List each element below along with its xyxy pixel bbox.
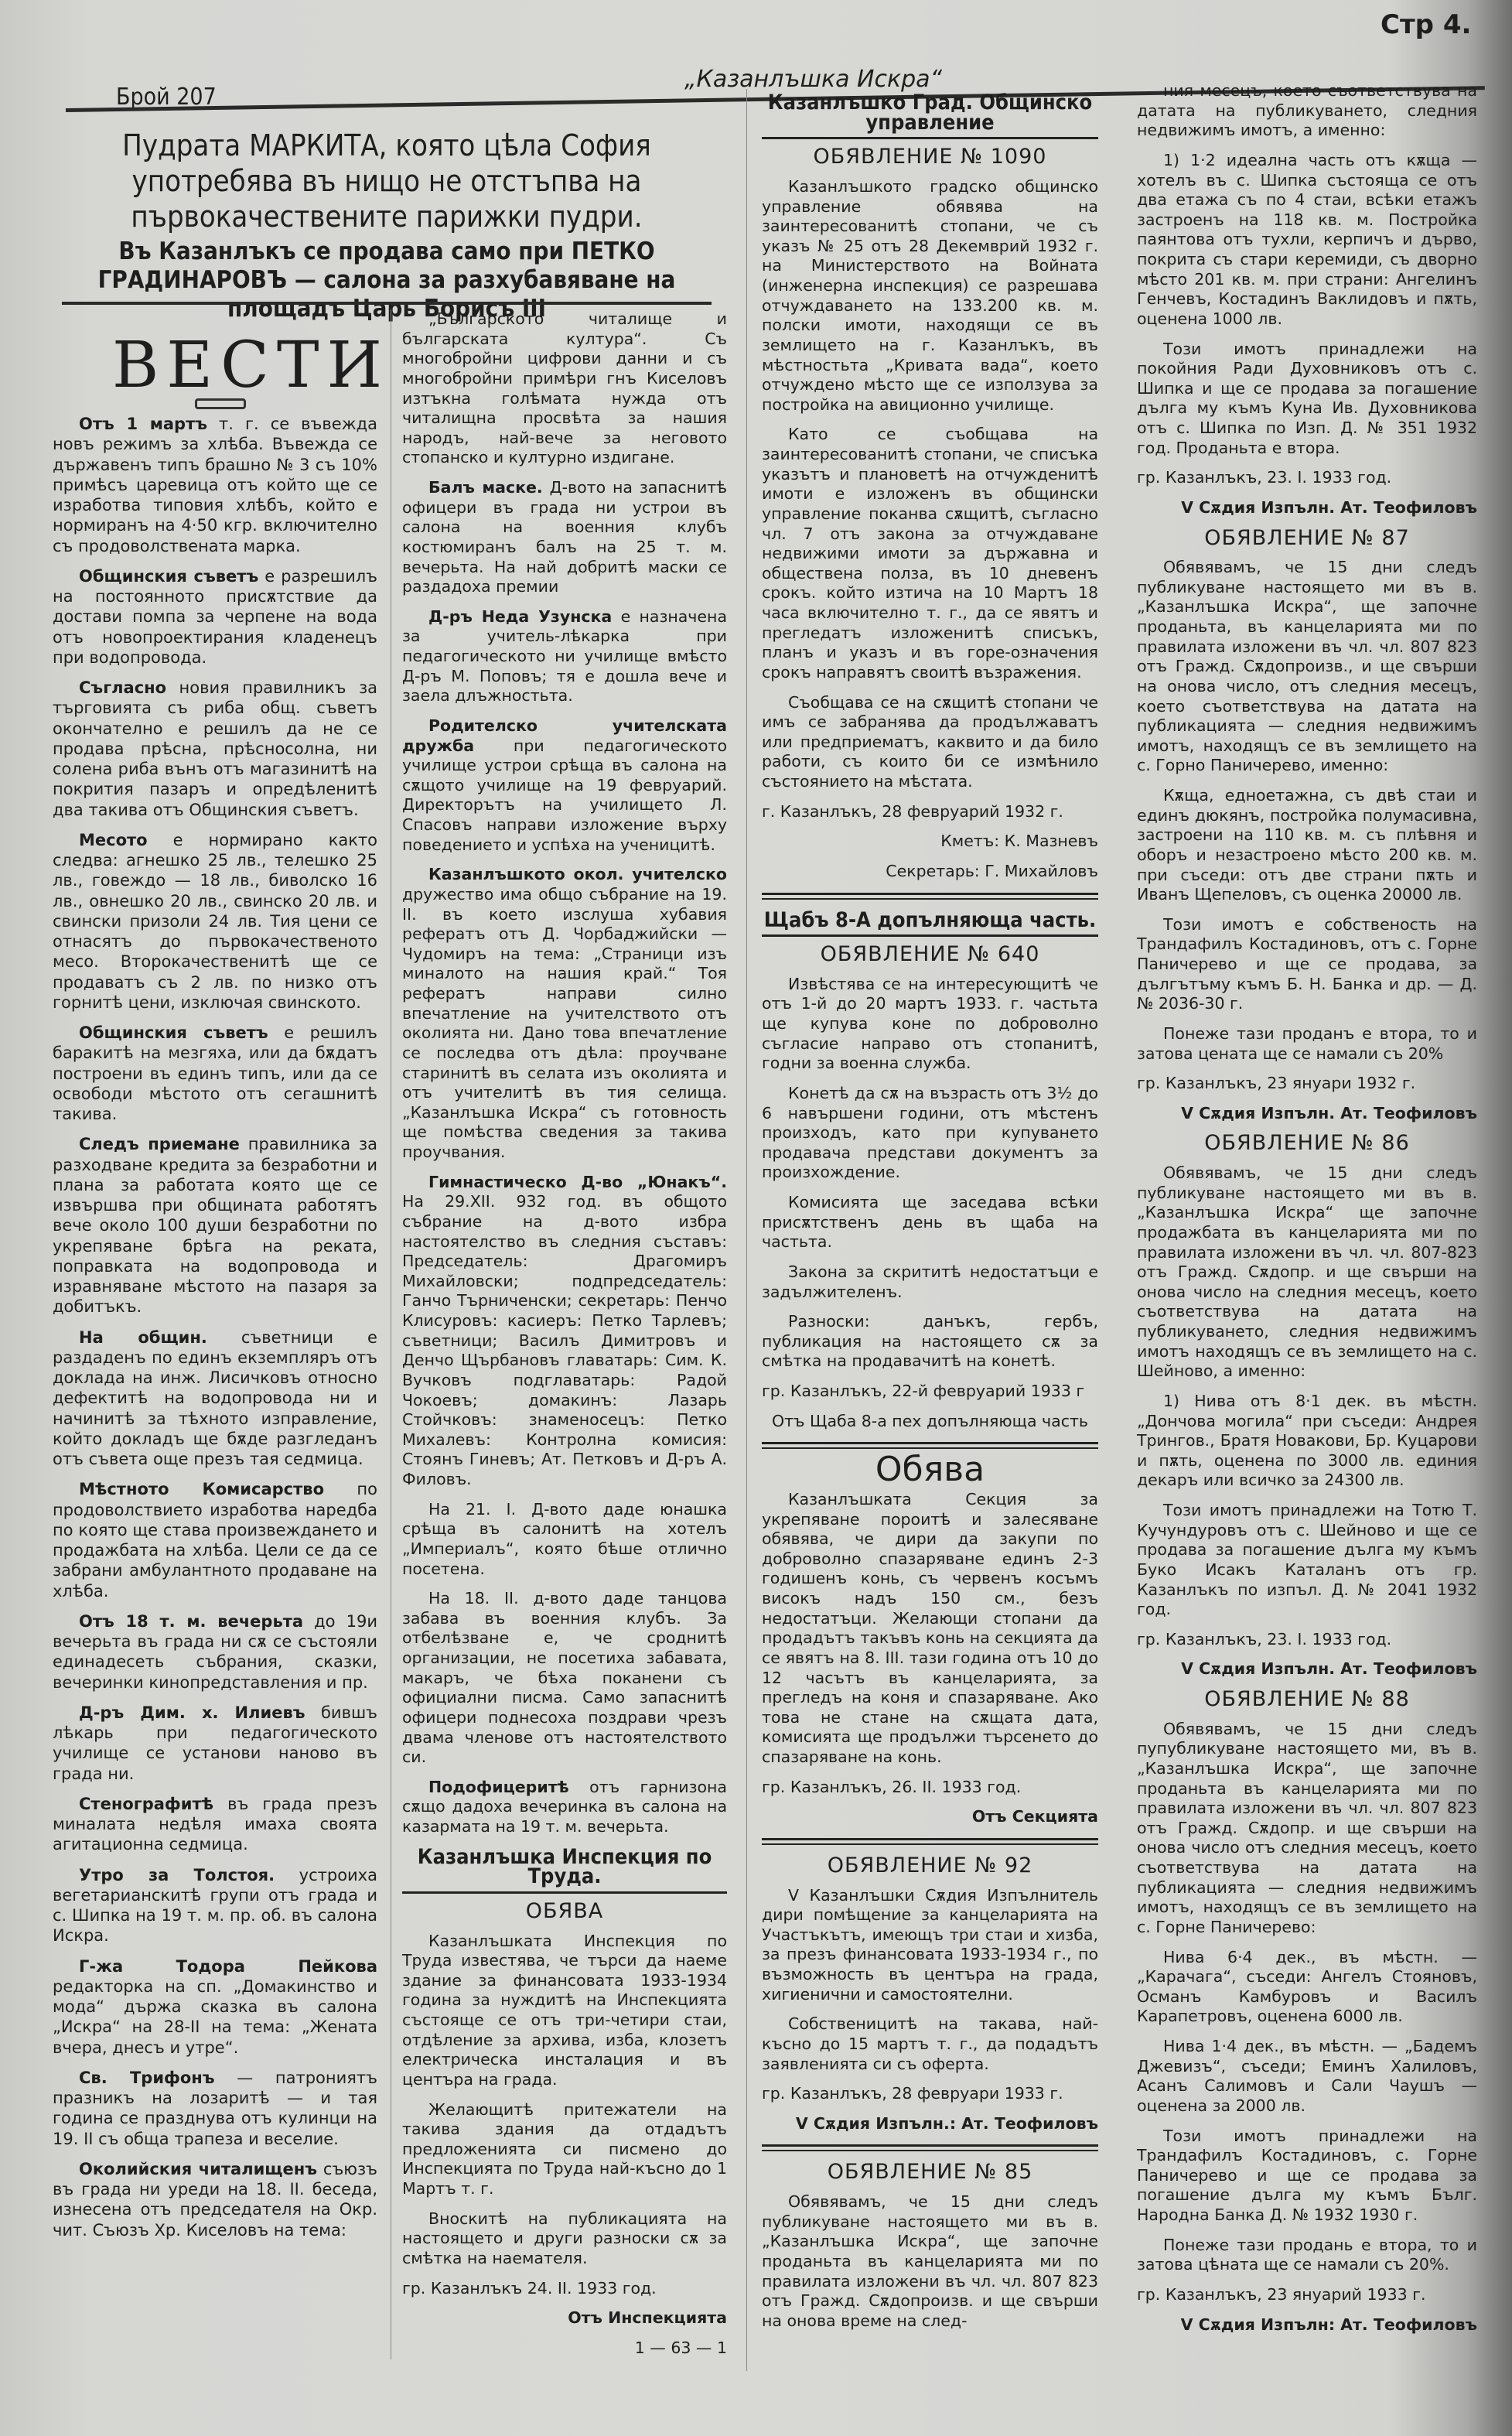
notice-paragraph: 1) 1·2 идеална часть отъ кѫща — хотелъ в… xyxy=(1137,151,1477,330)
heading-ornament xyxy=(195,398,246,409)
page-number: Стр 4. xyxy=(1381,9,1471,40)
newspaper-title: „Казанлъшка Искра“ xyxy=(684,66,942,93)
notice-title: ОБЯВЛЕНИЕ № 87 xyxy=(1137,528,1477,548)
news-item: На 21. I. Д-вото даде юнашка срѣща въ са… xyxy=(402,1500,727,1580)
news-item: На 18. II. д-вото даде танцова забава въ… xyxy=(402,1589,727,1768)
notice-paragraph: Този имотъ е собственость на Трандафилъ … xyxy=(1137,915,1477,1014)
news-item-lead: Околийския читалищенъ xyxy=(79,2160,317,2178)
notices-column-3: Казанлъшко Град. Общинско управлениеОБЯВ… xyxy=(762,93,1098,2341)
news-item: Гимнастическо Д-во „Юнакъ“. На 29.XII. 9… xyxy=(402,1173,727,1490)
news-item: Месото е нормирано както следва: агнешко… xyxy=(53,830,377,1013)
notice-code: 1 — 63 — 1 xyxy=(402,2339,727,2359)
news-item: Д-ръ Неда Узунска е назначена за учитель… xyxy=(402,607,727,706)
notice-paragraph: Казанлъшката Инспекция по Труда известяв… xyxy=(402,1932,727,2090)
notice-signature: Отъ Щаба 8-а пех допълняюща часть xyxy=(762,1412,1098,1432)
news-item-lead: Общинския съветъ xyxy=(79,567,258,586)
notice-title: ОБЯВА xyxy=(402,1901,727,1922)
vesti-column-2: „Българското читалище и българската култ… xyxy=(402,309,727,2368)
notice-signature: V Сѫдия Изпълн: Ат. Теофиловъ xyxy=(1137,2315,1477,2335)
notice-title: ОБЯВЛЕНИЕ № 1090 xyxy=(762,147,1098,167)
notice-signature: Отъ Инспекцията xyxy=(402,2308,727,2328)
news-item: Отъ 18 т. м. вечерьта до 19и вечерьта въ… xyxy=(53,1611,377,1693)
notice-paragraph: Този имотъ принадлежи на Тотю Т. Кучунду… xyxy=(1137,1501,1477,1620)
news-item-text: „Българското читалище и българската култ… xyxy=(402,309,727,466)
news-item: Околийския читалищенъ съюзъ въ града ни … xyxy=(53,2159,377,2240)
news-item-lead: Г-жа Тодора Пейкова xyxy=(79,1957,377,1976)
notice-paragraph: Този имотъ принадлежи на Трандафилъ Кост… xyxy=(1137,2127,1477,2226)
news-item: „Българското читалище и българската култ… xyxy=(402,309,727,468)
notice-title: ОБЯВЛЕНИЕ № 85 xyxy=(762,2162,1098,2182)
news-item-lead: Д-ръ Неда Узунска xyxy=(428,607,612,626)
notice-title: ОБЯВЛЕНИЕ № 86 xyxy=(1137,1133,1477,1153)
advert-markita: Пудрата МАРКИТА, която цѣла София употре… xyxy=(62,128,712,323)
news-item-lead: Месото xyxy=(79,831,148,849)
newspaper-page: Брой 207 „Казанлъшка Искра“ Стр 4. Пудра… xyxy=(0,0,1512,2436)
notice-paragraph: Кѫща, едноетажна, съ двѣ стаи и единъ дю… xyxy=(1137,786,1477,905)
news-item-text: редакторка на сп. „Домакинство и мода“ д… xyxy=(53,1977,377,2057)
notice-place-date: гр. Казанлъкъ, 23 януарий 1933 г. xyxy=(1137,2285,1477,2305)
notice-signature: V Сѫдия Изпълн. Ат. Теофиловъ xyxy=(1137,498,1477,518)
news-item-lead: Стенографитѣ xyxy=(79,1795,213,1813)
double-rule xyxy=(762,1442,1098,1449)
notice-place-date: гр. Казанлъкъ, 23. I. 1933 год. xyxy=(1137,468,1477,488)
news-item-text: На 29.XII. 932 год. въ общото събрание н… xyxy=(402,1192,727,1488)
news-item: На общин. съветници е раздаденъ по единъ… xyxy=(53,1327,377,1470)
news-item: Следъ приемане правилника за разходване … xyxy=(53,1134,377,1317)
notice-place-date: гр. Казанлъкъ, 28 февруари 1933 г. xyxy=(762,2084,1098,2104)
vesti-heading: ВЕСТИ xyxy=(112,329,390,402)
notice-paragraph: Нива 1·4 дек., въ мѣстн. — „Бадемъ Джеви… xyxy=(1137,2037,1477,2117)
notice-paragraph: Конетѣ да сѫ на възрасть отъ 3½ до 6 нав… xyxy=(762,1084,1098,1183)
news-item-text: дружество има общо събрание на 19. II. в… xyxy=(402,885,727,1161)
news-item-lead: Д-ръ Дим. х. Илиевъ xyxy=(79,1703,305,1722)
vesti-column-1: Отъ 1 мартъ т. г. се въвежда новъ режимъ… xyxy=(53,414,377,2250)
news-item-lead: Казанлъшкото окол. учителско xyxy=(428,865,727,883)
notice-paragraph: ния месецъ, което съответствува на датат… xyxy=(1137,81,1477,141)
notice-paragraph: V Казанлъшки Сѫдия Изпълнитель дири помѣ… xyxy=(762,1886,1098,2005)
news-item-text: е нормирано както следва: агнешко 25 лв.… xyxy=(53,831,377,1012)
notice-place-date: гр. Казанлъкъ 24. II. 1933 год. xyxy=(402,2279,727,2299)
news-item-text: т. г. се въвежда новъ режимъ за хлѣба. В… xyxy=(53,415,377,555)
news-item-text: На 18. II. д-вото даде танцова забава въ… xyxy=(402,1589,727,1766)
advert-line-1: Пудрата МАРКИТА, която цѣла София употре… xyxy=(62,128,712,234)
advert-rule xyxy=(62,302,712,305)
news-item: Съгласно новия правилникъ за търговията … xyxy=(53,678,377,820)
news-item: Казанлъшкото окол. учителско дружество и… xyxy=(402,865,727,1162)
notice-title: ОБЯВЛЕНИЕ № 88 xyxy=(1137,1689,1477,1710)
news-item-lead: Следъ приемане xyxy=(79,1135,240,1153)
notice-signature: Отъ Секцията xyxy=(762,1807,1098,1827)
news-item-lead: На общин. xyxy=(79,1328,207,1347)
section-heading: Щабъ 8-А допълняюща часть. xyxy=(762,911,1098,938)
notice-paragraph: Казанлъшката Секция за укрепяване пороит… xyxy=(762,1490,1098,1768)
notice-paragraph: Вноскитѣ на публикацията на настоящето и… xyxy=(402,2209,727,2269)
notices-column-4: ния месецъ, което съответствува на датат… xyxy=(1137,81,1477,2345)
news-item-lead: Балъ маске. xyxy=(428,478,543,497)
notice-place-date: гр. Казанлъкъ, 22-й февруарий 1933 г xyxy=(762,1382,1098,1402)
notice-paragraph: Извѣстява се на интересующитѣ че отъ 1-й… xyxy=(762,975,1098,1074)
notice-paragraph: Обявявамъ, че 15 дни следъ публикуване н… xyxy=(1137,558,1477,776)
news-item-text: съветници е раздаденъ по единъ екземпляр… xyxy=(53,1328,377,1469)
section-heading: Казанлъшко Град. Общинско управление xyxy=(762,93,1098,139)
column-divider xyxy=(746,89,747,2371)
news-item-text: новия правилникъ за търговията съ риба о… xyxy=(53,678,377,819)
news-item-text: правилника за разходване кредита за безр… xyxy=(53,1135,377,1316)
notice-paragraph: Обявявамъ, че 15 дни следъ публикуване н… xyxy=(762,2192,1098,2331)
notice-place-date: гр. Казанлъкъ, 23. I. 1933 год. xyxy=(1137,1630,1477,1650)
column-divider xyxy=(391,309,391,2359)
notice-mayor: Кметъ: К. Мазневъ xyxy=(762,832,1098,852)
notice-signature: V Сѫдия Изпълн. Ат. Теофиловъ xyxy=(1137,1104,1477,1124)
double-rule xyxy=(762,893,1098,900)
news-item-lead: Подофицеритѣ xyxy=(428,1778,569,1796)
news-item: Стенографитѣ въ града презъ миналата нед… xyxy=(53,1794,377,1855)
news-item-text: На 21. I. Д-вото даде юнашка срѣща въ са… xyxy=(402,1500,727,1578)
news-item-lead: Гимнастическо Д-во „Юнакъ“. xyxy=(428,1173,727,1191)
news-item: Утро за Толстоя. устроиха вегетарианскит… xyxy=(53,1865,377,1946)
notice-paragraph: Закона за скрититѣ недостатъци е задължи… xyxy=(762,1262,1098,1302)
notice-paragraph: Този имотъ принадлежи на покойния Ради Д… xyxy=(1137,340,1477,459)
news-item: Отъ 1 мартъ т. г. се въвежда новъ режимъ… xyxy=(53,414,377,556)
news-item: Общинския съветъ е разрешилъ на постоянн… xyxy=(53,566,377,668)
news-item: Св. Трифонъ — патрониятъ празникъ на лоз… xyxy=(53,2068,377,2149)
section-heading: Казанлъшка Инспекция по Труда. xyxy=(402,1847,727,1894)
notice-title: ОБЯВЛЕНИЕ № 640 xyxy=(762,945,1098,965)
news-item-lead: Отъ 1 мартъ xyxy=(79,415,207,433)
notice-paragraph: Съобщава се на сѫщитѣ стопани че имъ се … xyxy=(762,693,1098,792)
news-item: Общинския съветъ е решилъ баракитѣ на ме… xyxy=(53,1023,377,1124)
news-item: Родителско учителската дружба при педаго… xyxy=(402,716,727,855)
news-item-lead: Мѣстното Комисарство xyxy=(79,1480,324,1498)
news-item: Подофицеритѣ отъ гарнизона сѫщо дадоха в… xyxy=(402,1778,727,1837)
double-rule xyxy=(762,1838,1098,1845)
news-item-lead: Св. Трифонъ xyxy=(79,2069,215,2087)
notice-paragraph: Обявявамъ, че 15 дни следъ публикуване н… xyxy=(1137,1163,1477,1382)
news-item: Мѣстното Комисарство по продоволствието … xyxy=(53,1479,377,1601)
notice-paragraph: Казанлъшкото градско общинско управление… xyxy=(762,177,1098,415)
notice-paragraph: Понеже тази проданъ е втора, то и затова… xyxy=(1137,1024,1477,1064)
notice-signature: V Сѫдия Изпълн.: Ат. Теофиловъ xyxy=(762,2114,1098,2134)
news-item-lead: Общинския съветъ xyxy=(79,1023,268,1042)
notice-paragraph: Нива 6·4 дек., въ мѣстн. — „Карачага“, с… xyxy=(1137,1948,1477,2028)
notice-paragraph: Желающитѣ притежатели на такива здания д… xyxy=(402,2100,727,2199)
notice-title: ОБЯВЛЕНИЕ № 92 xyxy=(762,1856,1098,1876)
notice-secretary: Секретарь: Г. Михайловъ xyxy=(762,862,1098,882)
notice-signature: V Сѫдия Изпълн. Ат. Теофиловъ xyxy=(1137,1659,1477,1679)
notice-paragraph: 1) Нива отъ 8·1 дек. въ мѣстн. „Дончова … xyxy=(1137,1392,1477,1491)
notice-place-date: гр. Казанлъкъ, 23 януари 1932 г. xyxy=(1137,1074,1477,1094)
news-item: Д-ръ Дим. х. Илиевъ бившъ лѣкарь при пед… xyxy=(53,1703,377,1784)
news-item-lead: Утро за Толстоя. xyxy=(79,1866,275,1884)
double-rule xyxy=(762,2144,1098,2151)
notice-paragraph: Собственицитѣ на такава, най-късно до 15… xyxy=(762,2014,1098,2074)
notice-place-date: гр. Казанлъкъ, 26. II. 1933 год. xyxy=(762,1778,1098,1798)
notice-paragraph: Комисията ще заседава всѣки присѫтственъ… xyxy=(762,1193,1098,1252)
notice-paragraph: Понеже тази продань е втора, то и затова… xyxy=(1137,2236,1477,2275)
news-item-lead: Отъ 18 т. м. вечерьта xyxy=(79,1612,303,1631)
news-item: Балъ маске. Д-вото на запаснитѣ офицери … xyxy=(402,478,727,597)
notice-paragraph: Обявявамъ, че 15 дни следъ пупубликуване… xyxy=(1137,1720,1477,1938)
news-item-lead: Съгласно xyxy=(79,678,166,697)
notice-place-date: г. Казанлъкъ, 28 февруарий 1932 г. xyxy=(762,802,1098,822)
notice-title: Обява xyxy=(762,1460,1098,1480)
notice-paragraph: Като се съобщава на заинтересованитѣ сто… xyxy=(762,425,1098,682)
news-item: Г-жа Тодора Пейкова редакторка на сп. „Д… xyxy=(53,1956,377,2058)
notice-paragraph: Разноски: данъкъ, гербъ, публикация на н… xyxy=(762,1312,1098,1372)
